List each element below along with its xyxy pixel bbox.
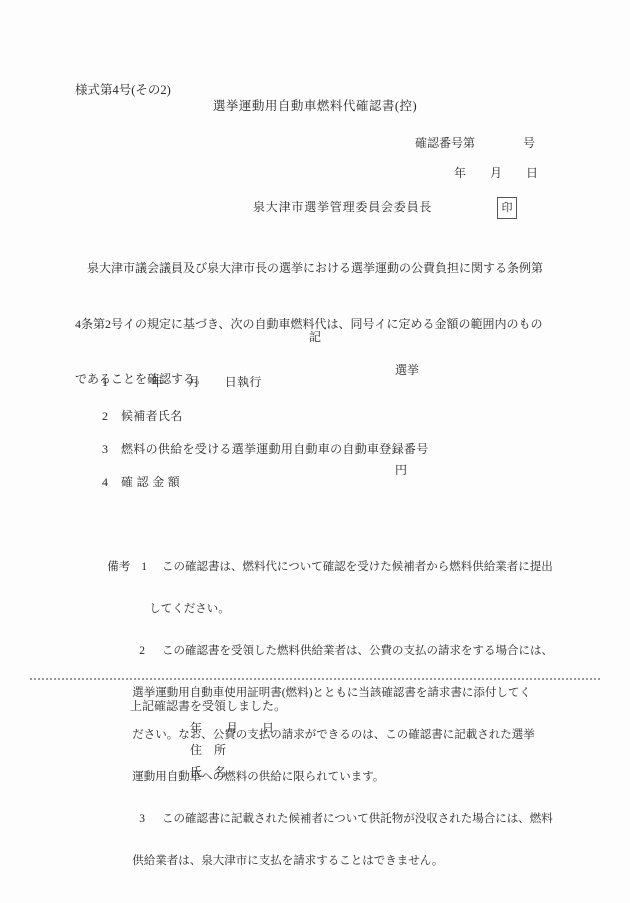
form-number: 様式第4号(その2) bbox=[75, 84, 171, 97]
item-suffix: 円 bbox=[395, 464, 407, 476]
list-item-vehicle-registration: 3燃料の供給を受ける選挙運動用自動車の自動車登録番号 bbox=[90, 431, 550, 467]
list-heading: 記 bbox=[0, 331, 630, 343]
remark-line: 運動用自動車への燃料の供給に限られています。 bbox=[0, 749, 630, 768]
cut-line-dotted-separator bbox=[30, 678, 600, 680]
remark-number: 1 bbox=[141, 558, 147, 577]
issue-date-line: 年 月 日 bbox=[454, 167, 538, 179]
remark-number: 3 bbox=[139, 813, 145, 825]
remark-line: 備考1この確認書は、燃料代について確認を受けた候補者から燃料供給業者に提出 bbox=[0, 539, 630, 558]
document-title: 選挙運動用自動車燃料代確認書(控) bbox=[0, 100, 630, 113]
item-label: 燃料の供給を受ける選挙運動用自動車の自動車登録番号 bbox=[121, 443, 429, 455]
seal-box: 印 bbox=[497, 197, 517, 219]
item-number: 1 bbox=[102, 376, 108, 388]
remark-text: 運動用自動車への燃料の供給に限られています。 bbox=[132, 771, 384, 783]
remark-text: してください。 bbox=[149, 603, 230, 615]
addressee-title: 泉大津市選挙管理委員会委員長 bbox=[253, 201, 432, 213]
receipt-date-line: 年 月 日 bbox=[190, 722, 274, 734]
remark-line: 供給業者は、泉大津市に支払を請求することはできません。 bbox=[0, 833, 630, 852]
remark-line: 3この確認書に記載された候補者について供託物が没収された場合には、燃料 bbox=[0, 791, 630, 810]
receipt-name-label: 氏 名 bbox=[190, 766, 226, 778]
item-suffix: 選挙 bbox=[395, 364, 419, 376]
remark-number: 2 bbox=[139, 645, 145, 657]
remark-line: 選挙運動用自動車使用証明書(燃料)とともに当該確認書を請求書に添付してく bbox=[0, 665, 630, 684]
remark-text: 選挙運動用自動車使用証明書(燃料)とともに当該確認書を請求書に添付してく bbox=[132, 687, 531, 699]
remark-text: この確認書に記載された候補者について供託物が没収された場合には、燃料 bbox=[162, 813, 553, 825]
remark-text: この確認書を受領した燃料供給業者は、公費の支払の請求をする場合には、 bbox=[162, 645, 553, 657]
remark-line: 2この確認書を受領した燃料供給業者は、公費の支払の請求をする場合には、 bbox=[0, 623, 630, 642]
item-number: 3 bbox=[102, 443, 108, 455]
body-line: 泉大津市議会議員及び泉大津市長の選挙における選挙運動の公費負担に関する条例第 bbox=[75, 253, 553, 285]
receipt-address-label: 住 所 bbox=[190, 744, 226, 756]
confirmation-number-line: 確認番号第 号 bbox=[415, 137, 535, 149]
list-item-candidate-name: 2候補者氏名 bbox=[90, 398, 550, 434]
item-number: 4 bbox=[102, 476, 108, 488]
remark-line: ださい。なお、公費の支払の請求ができるのは、この確認書に記載された選挙 bbox=[0, 707, 630, 726]
item-number: 2 bbox=[102, 410, 108, 422]
list-item-election-date: 1年 月 日執行選挙 bbox=[90, 364, 550, 400]
remarks-label: 備考 bbox=[107, 561, 130, 573]
remark-text: 供給業者は、泉大津市に支払を請求することはできません。 bbox=[132, 855, 443, 867]
item-label: 確 認 金 額 bbox=[121, 476, 180, 488]
remarks-section: 備考1この確認書は、燃料代について確認を受けた候補者から燃料供給業者に提出 して… bbox=[0, 516, 630, 875]
item-label: 候補者氏名 bbox=[121, 410, 183, 422]
remark-text: この確認書は、燃料代について確認を受けた候補者から燃料供給業者に提出 bbox=[162, 561, 553, 573]
seal-mark-icon: 印 bbox=[502, 203, 513, 214]
item-label: 年 月 日執行 bbox=[151, 376, 262, 388]
document-page: 様式第4号(その2) 選挙運動用自動車燃料代確認書(控) 確認番号第 号 年 月… bbox=[0, 0, 630, 903]
list-item-confirmed-amount: 4確 認 金 額円 bbox=[90, 464, 550, 500]
receipt-statement: 上記確認書を受領しました。 bbox=[130, 700, 286, 712]
